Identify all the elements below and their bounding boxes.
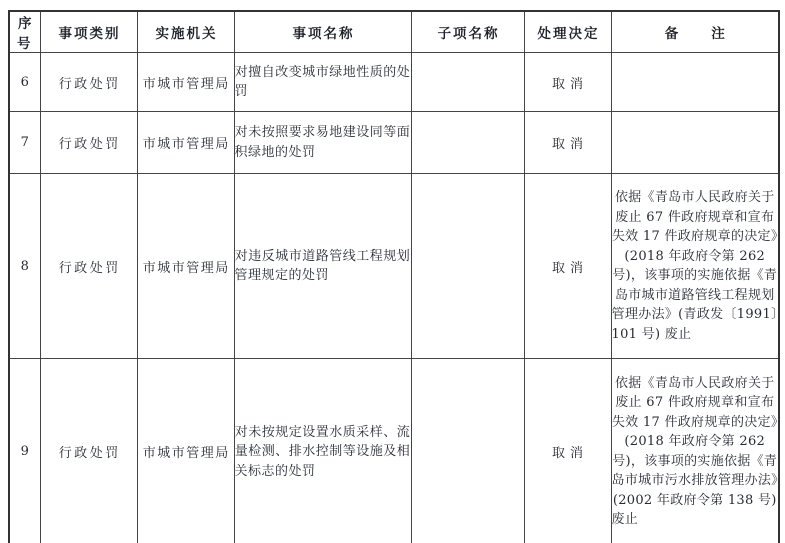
cell-agency: 市城市管理局 [137, 359, 234, 543]
cell-agency: 市城市管理局 [137, 174, 234, 359]
header-remark: 备 注 [611, 11, 779, 53]
cell-decision: 取消 [524, 174, 611, 359]
cell-agency: 市城市管理局 [137, 112, 234, 174]
cell-category: 行政处罚 [40, 174, 137, 359]
cell-remark [611, 53, 779, 112]
cell-category: 行政处罚 [40, 359, 137, 543]
cell-decision: 取消 [524, 53, 611, 112]
cell-subitem-name [411, 174, 524, 359]
cell-item-name: 对未按规定设置水质采样、流量检测、排水控制等设施及相关标志的处罚 [234, 359, 411, 543]
header-no: 序号 [9, 11, 40, 53]
cell-no: 8 [9, 174, 40, 359]
cell-no: 7 [9, 112, 40, 174]
header-item-name: 事项名称 [234, 11, 411, 53]
cell-subitem-name [411, 53, 524, 112]
cell-category: 行政处罚 [40, 53, 137, 112]
header-category: 事项类别 [40, 11, 137, 53]
header-subitem-name: 子项名称 [411, 11, 524, 53]
document-page: 序号 事项类别 实施机关 事项名称 子项名称 处理决定 备 注 6 行政处罚 市… [8, 10, 778, 543]
cell-no: 6 [9, 53, 40, 112]
cell-decision: 取消 [524, 112, 611, 174]
header-decision: 处理决定 [524, 11, 611, 53]
cell-no: 9 [9, 359, 40, 543]
cell-subitem-name [411, 112, 524, 174]
table-row: 7 行政处罚 市城市管理局 对未按照要求易地建设同等面积绿地的处罚 取消 [9, 112, 779, 174]
cell-remark [611, 112, 779, 174]
cell-remark: 依据《青岛市人民政府关于废止 67 件政府规章和宣布失效 17 件政府规章的决定… [611, 359, 779, 543]
cell-item-name: 对擅自改变城市绿地性质的处罚 [234, 53, 411, 112]
cell-agency: 市城市管理局 [137, 53, 234, 112]
table-row: 8 行政处罚 市城市管理局 对违反城市道路管线工程规划管理规定的处罚 取消 依据… [9, 174, 779, 359]
cell-item-name: 对违反城市道路管线工程规划管理规定的处罚 [234, 174, 411, 359]
cell-subitem-name [411, 359, 524, 543]
table-row: 6 行政处罚 市城市管理局 对擅自改变城市绿地性质的处罚 取消 [9, 53, 779, 112]
table-row: 9 行政处罚 市城市管理局 对未按规定设置水质采样、流量检测、排水控制等设施及相… [9, 359, 779, 543]
header-agency: 实施机关 [137, 11, 234, 53]
table-header-row: 序号 事项类别 实施机关 事项名称 子项名称 处理决定 备 注 [9, 11, 779, 53]
approval-items-table: 序号 事项类别 实施机关 事项名称 子项名称 处理决定 备 注 6 行政处罚 市… [8, 10, 780, 543]
cell-decision: 取消 [524, 359, 611, 543]
cell-category: 行政处罚 [40, 112, 137, 174]
cell-item-name: 对未按照要求易地建设同等面积绿地的处罚 [234, 112, 411, 174]
cell-remark: 依据《青岛市人民政府关于废止 67 件政府规章和宣布失效 17 件政府规章的决定… [611, 174, 779, 359]
